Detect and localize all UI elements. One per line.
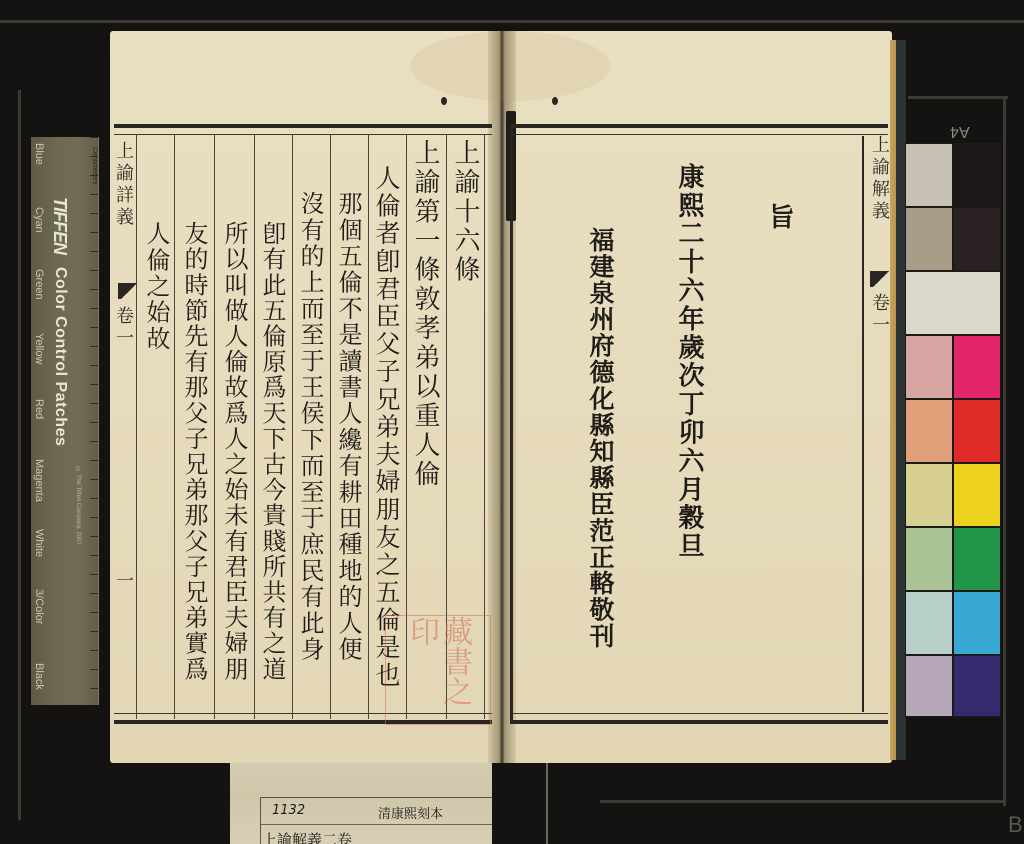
left-margin-page-number: 一 [114, 571, 132, 593]
left-margin-title: 上諭詳義 [114, 141, 132, 229]
background-label-b: B [1008, 812, 1023, 838]
text-column-3: 人倫者卽君臣父子兄弟夫婦朋友之五倫是也 [374, 165, 399, 689]
patch-pale-yellow [905, 463, 953, 527]
collector-seal: 藏書之印 [385, 615, 491, 725]
background-frame-line [1003, 96, 1006, 806]
ruler-label-blue: Blue [33, 143, 45, 165]
patch-mid-gray [905, 207, 953, 271]
text-column-8: 友的時節先有那父子兄弟那父子兄弟實爲 [182, 221, 206, 682]
background-frame-line [908, 96, 1008, 99]
background-frame-line [18, 90, 21, 820]
right-margin-volume: 卷一 [870, 293, 888, 337]
binding-hole [552, 97, 558, 105]
publisher-column: 福建泉州府德化縣知縣臣范正輅敬刊 [588, 227, 613, 649]
ruler-label-green: Green [33, 269, 45, 300]
slip-title: 上諭解義二卷 [262, 829, 352, 844]
text-column-6: 卽有此五倫原爲天下古今貴賤所共有之道 [260, 221, 284, 682]
ruler-label-white: White [33, 529, 45, 557]
date-column: 康熙二十六年歲次丁卯六月穀旦 [676, 163, 702, 561]
patch-peach [905, 399, 953, 463]
column-rule [214, 135, 215, 719]
background-label-a4: A4 [950, 122, 970, 140]
column-rule [292, 135, 293, 719]
column-rule [368, 135, 369, 719]
fishtail-mark [870, 271, 892, 287]
patch-magenta [953, 335, 1001, 399]
border-inner-line [510, 134, 888, 135]
ruler-tick-scale [76, 137, 98, 705]
patch-cyan [953, 591, 1001, 655]
right-margin-title: 上諭解義 [870, 135, 888, 223]
patch-red [953, 399, 1001, 463]
background-frame-line [600, 800, 1005, 803]
text-column-2: 上諭第一條敦孝弟以重人倫 [412, 139, 438, 489]
text-column-5: 沒有的上而至于王侯下而至于庶民有此身 [298, 191, 322, 663]
border-side-line [510, 128, 513, 720]
patch-pale-cyan [905, 591, 953, 655]
column-rule [330, 135, 331, 719]
patch-white [905, 271, 1001, 335]
binding-hole [441, 97, 447, 105]
border-inner-line [114, 134, 492, 135]
ruler-label-black: Black [33, 663, 45, 690]
column-rule [136, 135, 137, 719]
color-control-patches [905, 143, 1001, 717]
background-frame-line [0, 20, 1024, 23]
left-margin-volume: 卷一 [114, 306, 132, 350]
text-column-7: 所以叫做人倫故爲人之始未有君臣夫婦朋 [222, 221, 246, 682]
decree-character: 旨 [766, 203, 792, 232]
tiffen-ruler: Blue Cyan Green Yellow Red Magenta White… [31, 137, 99, 705]
border-side-line [862, 136, 864, 712]
patch-green [953, 527, 1001, 591]
border-inner-line [510, 713, 888, 714]
patch-lavender [905, 655, 953, 717]
patch-pale-green [905, 527, 953, 591]
open-book: 上諭詳義 卷一 一 上諭十六條 上諭第一條敦孝弟以重人倫 人倫者卽君臣父子兄弟夫… [110, 31, 892, 763]
tiffen-logo: TIFFEN [50, 197, 70, 254]
ruler-product-name: Color Control Patches [52, 267, 69, 446]
fishtail-mark [118, 283, 140, 299]
patch-purple [953, 655, 1001, 717]
slip-call-number: 1132 [272, 803, 305, 818]
text-column-4: 那個五倫不是讀書人纔有耕田種地的人便 [336, 191, 360, 663]
ruler-label-yellow: Yellow [33, 333, 45, 364]
background-frame-line [546, 763, 548, 844]
ruler-label-magenta: Magenta [33, 459, 45, 502]
column-rule [174, 135, 175, 719]
catalog-slip: 1132 清康熙刻本 上諭解義二卷 [230, 763, 492, 844]
ruler-label-red: Red [33, 399, 45, 419]
ruler-brand: TIFFEN Color Control Patches [49, 197, 70, 446]
patch-black [953, 143, 1001, 207]
slip-rule [261, 824, 492, 825]
patch-yellow [953, 463, 1001, 527]
patch-pink [905, 335, 953, 399]
ruler-label-3color: 3/Color [33, 589, 45, 624]
water-stain [410, 31, 610, 101]
text-column-1: 上諭十六條 [452, 139, 478, 285]
patch-dark-brown [953, 207, 1001, 271]
ruler-label-cyan: Cyan [33, 207, 45, 233]
text-column-9: 人倫之始故 [144, 221, 168, 352]
column-rule [254, 135, 255, 719]
patch-light-gray [905, 143, 953, 207]
slip-edition-note: 清康熙刻本 [378, 803, 443, 822]
